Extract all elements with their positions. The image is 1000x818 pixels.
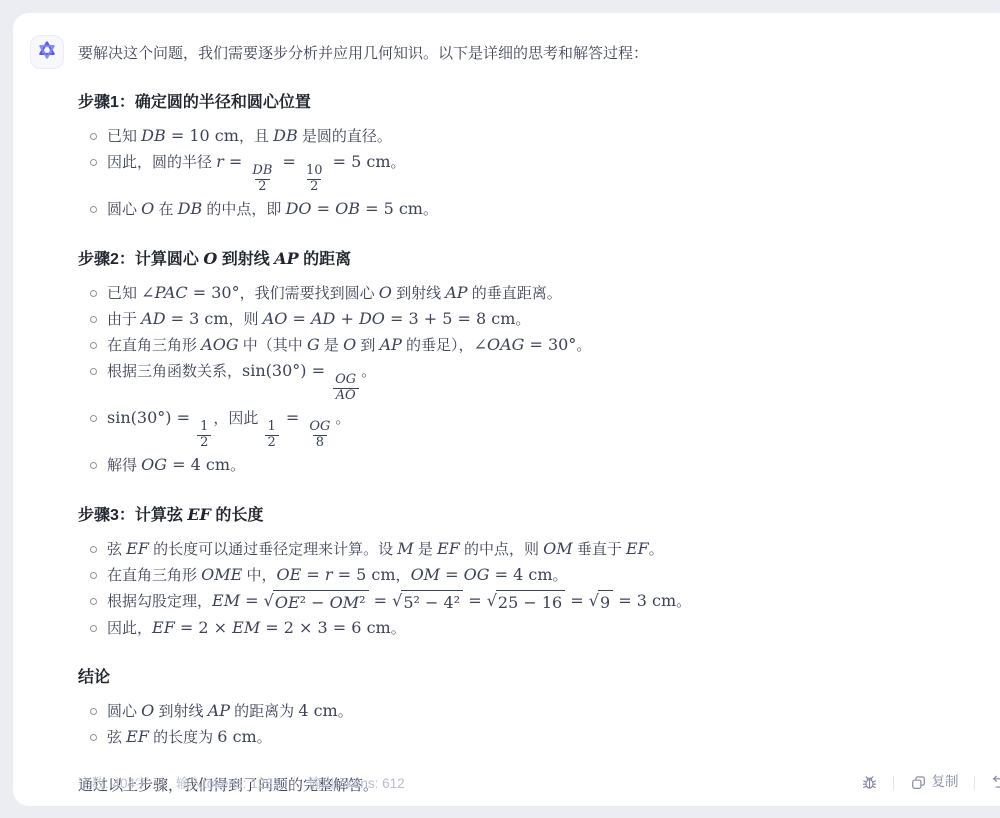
math-inline: AP	[445, 283, 467, 302]
bullet-marker	[90, 368, 97, 375]
math-inline: EF	[126, 539, 149, 558]
math-inline: OG = 4 cm	[141, 455, 230, 474]
list-item-text: 在直角三角形 AOG 中（其中 G 是 O 到 AP 的垂足），∠OAG = 3…	[107, 334, 945, 357]
list-item-text: 圆心 O 到射线 AP 的距离为 4 cm。	[107, 700, 945, 723]
bullet-marker	[90, 133, 97, 140]
section-heading: 步骤3：计算弦 EF 的长度	[78, 504, 945, 527]
actions-separator: ｜	[968, 772, 982, 792]
math-inline: OM = OG = 4 cm	[411, 565, 553, 584]
math-inline: O	[141, 701, 154, 720]
list-item: 根据勾股定理，EM = √OE² − OM² = √5² − 4² = √25 …	[90, 590, 945, 614]
math-inline: EF	[626, 539, 649, 558]
input-tokens: 输入tokens: 1281	[176, 776, 280, 791]
section-heading: 步骤2：计算圆心 O 到射线 AP 的距离	[78, 248, 945, 271]
math-inline: 4 cm	[298, 701, 337, 720]
list-item-text: 因此，圆的半径 r = DB2 = 102 = 5 cm。	[107, 151, 945, 195]
list-item-text: 根据勾股定理，EM = √OE² − OM² = √5² − 4² = √25 …	[107, 590, 945, 614]
list-item-text: 已知 ∠PAC = 30°，我们需要找到圆心 O 到射线 AP 的垂直距离。	[107, 282, 945, 305]
bullet-marker	[90, 290, 97, 297]
stats-separator: ｜	[156, 776, 170, 791]
section-heading: 结论	[78, 667, 945, 689]
stats-separator: ｜	[287, 776, 301, 791]
assistant-message-card: 要解决这个问题，我们需要逐步分析并应用几何知识。以下是详细的思考和解答过程： 步…	[13, 13, 1000, 806]
word-count: 字数: 404字	[78, 776, 149, 791]
square-root: √25 − 16	[487, 590, 566, 614]
list-item: 因此，EF = 2 × EM = 2 × 3 = 6 cm。	[90, 617, 945, 640]
copy-icon	[910, 774, 927, 791]
bullet-marker	[90, 462, 97, 469]
bug-icon	[861, 774, 878, 791]
list-item-text: 弦 EF 的长度可以通过垂径定理来计算。设 M 是 EF 的中点，则 OM 垂直…	[107, 538, 945, 561]
list-item-text: 根据三角函数关系，sin(30°) = OGAO。	[107, 360, 945, 404]
math-inline: O	[343, 335, 356, 354]
debug-button[interactable]	[861, 774, 878, 791]
fraction: 12	[197, 420, 211, 451]
bullet-marker	[90, 159, 97, 166]
list-item-text: 圆心 O 在 DB 的中点，即 DO = OB = 5 cm。	[107, 198, 945, 221]
list-item-text: sin(30°) = 12，因此 12 = OG8。	[107, 407, 945, 451]
actions-separator: ｜	[887, 772, 901, 792]
bullet-list: 已知 ∠PAC = 30°，我们需要找到圆心 O 到射线 AP 的垂直距离。由于…	[78, 282, 945, 477]
section-heading: 步骤1：确定圆的半径和圆心位置	[78, 92, 945, 114]
math-inline: OME	[201, 565, 242, 584]
math-inline: AO = AD + DO = 3 + 5 = 8 cm	[263, 309, 516, 328]
fraction: 12	[265, 420, 279, 451]
retry-button[interactable]	[990, 774, 1000, 791]
list-item-text: 在直角三角形 OME 中，OE = r = 5 cm，OM = OG = 4 c…	[107, 564, 945, 587]
list-item: 圆心 O 到射线 AP 的距离为 4 cm。	[90, 700, 945, 723]
square-root: √5² − 4²	[392, 590, 463, 614]
list-item-text: 因此，EF = 2 × EM = 2 × 3 = 6 cm。	[107, 617, 945, 640]
math-inline: OM	[543, 539, 573, 558]
math-inline: DB = 10 cm	[141, 126, 239, 145]
fraction: OG8	[306, 420, 333, 451]
bullet-marker	[90, 342, 97, 349]
qwen-logo-icon	[36, 39, 58, 66]
message-content: 要解决这个问题，我们需要逐步分析并应用几何知识。以下是详细的思考和解答过程： 步…	[78, 40, 945, 797]
copy-label: 复制	[932, 775, 959, 789]
list-item: 弦 EF 的长度为 6 cm。	[90, 726, 945, 749]
bullet-marker	[90, 546, 97, 553]
math-inline: DB	[273, 126, 298, 145]
solution-sections: 步骤1：确定圆的半径和圆心位置已知 DB = 10 cm，且 DB 是圆的直径。…	[78, 92, 945, 749]
math-inline: G	[307, 335, 320, 354]
output-tokens: 输出tokens: 612	[308, 776, 405, 791]
math-inline: sin(30°) = 12	[107, 408, 213, 427]
math-inline: EF	[126, 727, 149, 746]
math-inline: O	[203, 249, 217, 268]
math-inline: ∠PAC = 30°	[141, 283, 239, 302]
math-inline: OE = r = 5 cm	[277, 565, 396, 584]
list-item-text: 弦 EF 的长度为 6 cm。	[107, 726, 945, 749]
intro-paragraph: 要解决这个问题，我们需要逐步分析并应用几何知识。以下是详细的思考和解答过程：	[78, 40, 945, 65]
list-item: 解得 OG = 4 cm。	[90, 454, 945, 477]
fraction: 102	[303, 164, 326, 195]
message-footer: 字数: 404字｜输入tokens: 1281｜输出tokens: 612 ｜	[78, 772, 1000, 792]
bullet-list: 已知 DB = 10 cm，且 DB 是圆的直径。因此，圆的半径 r = DB2…	[78, 125, 945, 221]
math-inline: O	[141, 199, 154, 218]
bullet-marker	[90, 598, 97, 605]
list-item-text: 由于 AD = 3 cm，则 AO = AD + DO = 3 + 5 = 8 …	[107, 308, 945, 331]
list-item: 因此，圆的半径 r = DB2 = 102 = 5 cm。	[90, 151, 945, 195]
square-root: √OE² − OM²	[264, 590, 369, 614]
bullet-marker	[90, 415, 97, 422]
bullet-marker	[90, 316, 97, 323]
math-inline: r = DB2 = 102 = 5 cm	[216, 152, 390, 171]
square-root: √9	[589, 590, 613, 614]
bullet-marker	[90, 572, 97, 579]
math-inline: AP	[380, 335, 402, 354]
list-item: 在直角三角形 AOG 中（其中 G 是 O 到 AP 的垂足），∠OAG = 3…	[90, 334, 945, 357]
retry-icon	[990, 774, 1000, 791]
list-item: 已知 DB = 10 cm，且 DB 是圆的直径。	[90, 125, 945, 148]
bullet-marker	[90, 708, 97, 715]
math-inline: sin(30°) = OGAO	[242, 361, 361, 380]
list-item: 由于 AD = 3 cm，则 AO = AD + DO = 3 + 5 = 8 …	[90, 308, 945, 331]
math-inline: O	[379, 283, 392, 302]
bullet-list: 弦 EF 的长度可以通过垂径定理来计算。设 M 是 EF 的中点，则 OM 垂直…	[78, 538, 945, 640]
bullet-marker	[90, 734, 97, 741]
math-inline: 12 = OG8	[263, 408, 336, 427]
list-item: 圆心 O 在 DB 的中点，即 DO = OB = 5 cm。	[90, 198, 945, 221]
math-inline: EF = 2 × EM = 2 × 3 = 6 cm	[152, 618, 391, 637]
math-inline: AP	[274, 249, 298, 268]
math-inline: AOG	[201, 335, 238, 354]
list-item: 在直角三角形 OME 中，OE = r = 5 cm，OM = OG = 4 c…	[90, 564, 945, 587]
math-inline: EM = √OE² − OM² = √5² − 4² = √25 − 16 = …	[212, 591, 676, 610]
math-inline: AD = 3 cm	[141, 309, 228, 328]
bullet-list: 圆心 O 到射线 AP 的距离为 4 cm。弦 EF 的长度为 6 cm。	[78, 700, 945, 749]
math-inline: DB	[178, 199, 203, 218]
math-inline: AP	[208, 701, 230, 720]
list-item: sin(30°) = 12，因此 12 = OG8。	[90, 407, 945, 451]
list-item: 根据三角函数关系，sin(30°) = OGAO。	[90, 360, 945, 404]
math-inline: ∠OAG = 30°	[474, 335, 577, 354]
avatar	[30, 35, 64, 69]
math-inline: EF	[437, 539, 460, 558]
list-item: 弦 EF 的长度可以通过垂径定理来计算。设 M 是 EF 的中点，则 OM 垂直…	[90, 538, 945, 561]
fraction: OGAO	[332, 373, 359, 404]
fraction: DB2	[249, 164, 275, 195]
copy-button[interactable]: 复制	[910, 774, 959, 791]
math-inline: M	[397, 539, 413, 558]
bullet-marker	[90, 206, 97, 213]
list-item-text: 已知 DB = 10 cm，且 DB 是圆的直径。	[107, 125, 945, 148]
list-item-text: 解得 OG = 4 cm。	[107, 454, 945, 477]
math-inline: 6 cm	[217, 727, 256, 746]
bullet-marker	[90, 625, 97, 632]
math-inline: DO = OB = 5 cm	[286, 199, 423, 218]
math-inline: EF	[187, 505, 211, 524]
token-stats: 字数: 404字｜输入tokens: 1281｜输出tokens: 612	[78, 772, 405, 792]
list-item: 已知 ∠PAC = 30°，我们需要找到圆心 O 到射线 AP 的垂直距离。	[90, 282, 945, 305]
message-actions: ｜ 复制 ｜	[861, 772, 1000, 792]
